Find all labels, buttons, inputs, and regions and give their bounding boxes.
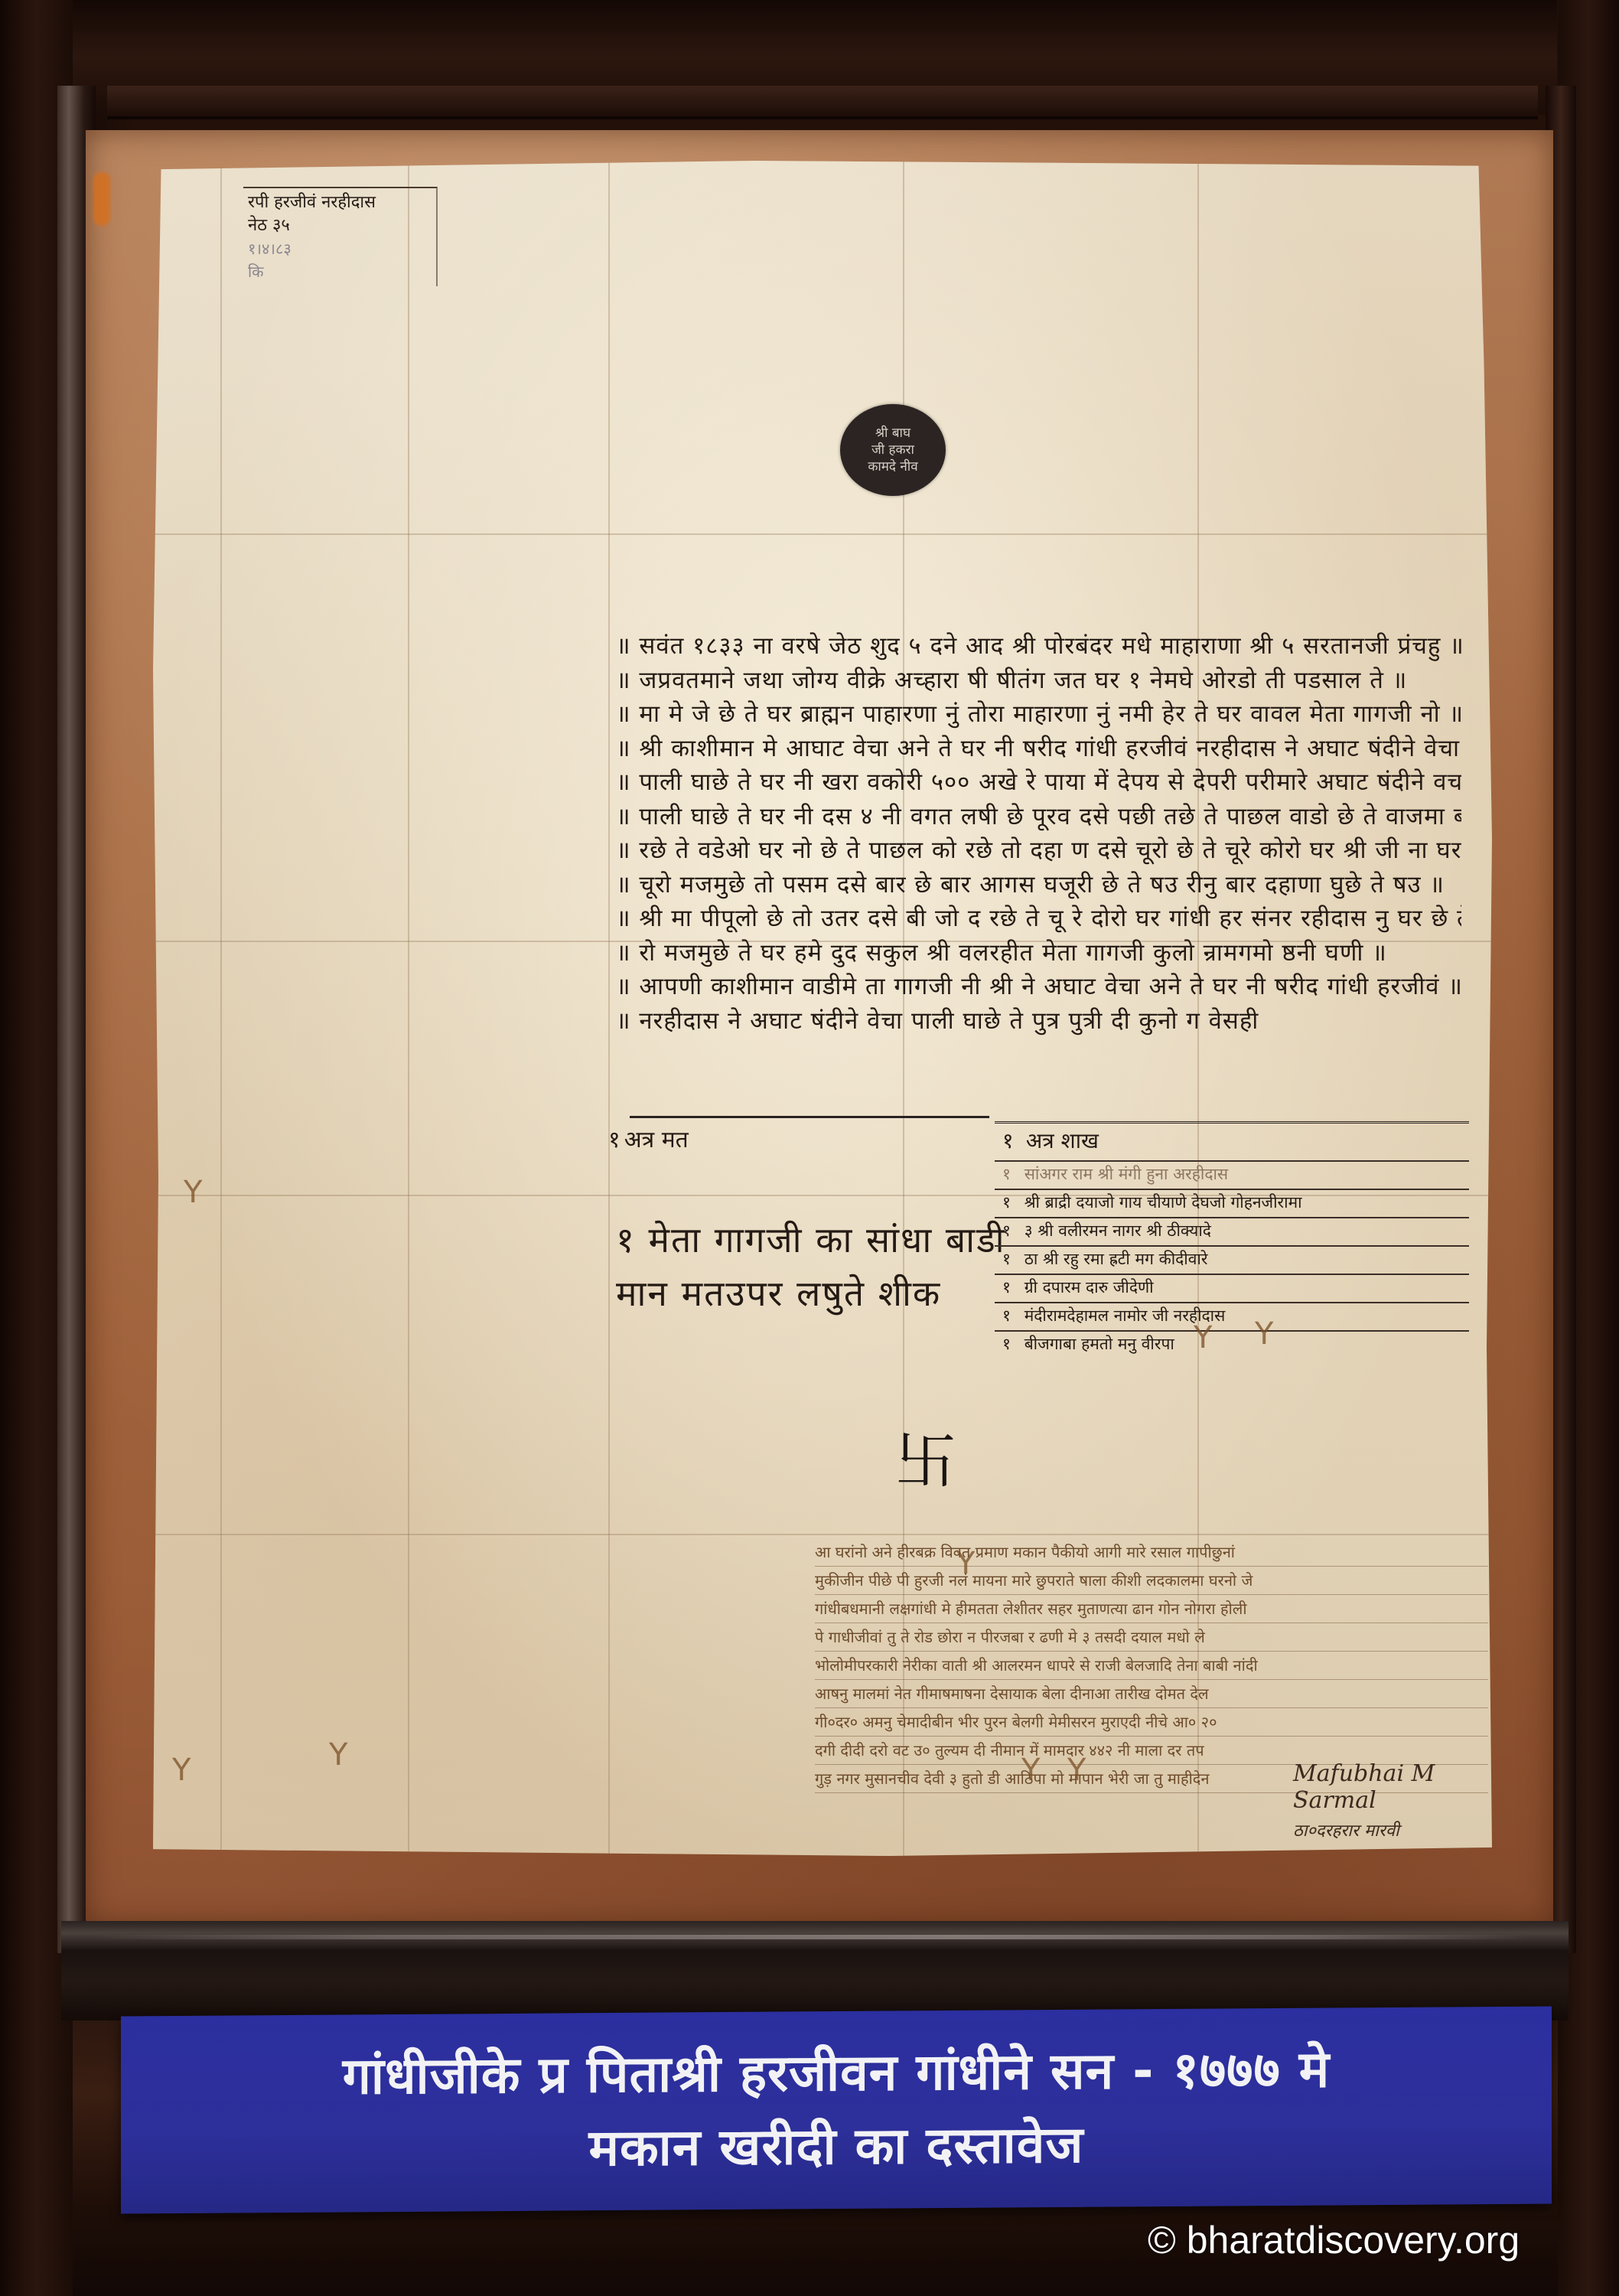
witness-header-left: १ अत्र मत [608, 1116, 991, 1154]
body-line: ॥ पाली घाछे ते घर नी खरा वकोरी ५०० अखे र… [616, 765, 1461, 800]
corner-note-line1: रपी हरजीवं नरहीदास [248, 191, 432, 214]
seal-line1: श्री बाघ [875, 425, 910, 442]
witness-row-text: बीजगाबा हमतो मनु वीरपा [1024, 1335, 1174, 1353]
witness-row-text: श्री ब्राद्री दयाजो गाय चीयाणे देघजो गोह… [1024, 1193, 1302, 1212]
body-line: ॥ चूरो मजमुछे तो पसम दसे बार छे बार आगस … [616, 868, 1461, 902]
witness-row-number: १ [1002, 1162, 1019, 1187]
stain-mark-icon: Y [1194, 1320, 1212, 1355]
swastika-mark-icon: 卐 [891, 1427, 960, 1496]
ink-seal-stamp: श्री बाघ जी हकरा कामदे नीव [840, 404, 946, 496]
witness-label: अत्र मत [624, 1127, 689, 1153]
fold-line [220, 161, 222, 1856]
witness-row-number: १ [1002, 1190, 1019, 1215]
endorsement-line: आ घरांनो अने हीरबक्र विवत प्रमाण मकान पै… [815, 1538, 1488, 1567]
witness-list: १ अत्र शाख १ सांअगर राम श्री मंगी हुना अ… [995, 1121, 1469, 1358]
witness-row: १ मंदीरामदेहामल नामोर जी नरहीदास [995, 1302, 1469, 1330]
witness-row-text: ठा श्री रहु रमा ह्रटी मग कीदीवारे [1024, 1250, 1208, 1268]
endorsement-line: गी०दर० अमनु चेमादीबीन भीर पुरन बेलगी मेम… [815, 1708, 1488, 1737]
stain-mark-icon: Y [1067, 1753, 1086, 1788]
body-line: ॥ सवंत १८३३ ना वरषे जेठ शुद ५ दने आद श्र… [616, 629, 1461, 664]
stain-mark-icon: Y [1255, 1316, 1273, 1352]
body-line: ॥ रो मजमुछे ते घर हमे दुद सकुल श्री वलरह… [616, 936, 1461, 970]
witness-row-text: ३ श्री वलीरमन नागर श्री ठीक्यादे [1024, 1221, 1211, 1240]
corner-note-line2: नेठ ३५ [248, 214, 432, 237]
endorsement-line: गांधीबधमानी लक्षगांधी मे हीमतता लेशीतर स… [815, 1595, 1488, 1623]
caption-line1: गांधीजीके प्र पिताश्री हरजीवन गांधीने सन… [343, 2033, 1331, 2113]
witness-row: १ ठा श्री रहु रमा ह्रटी मग कीदीवारे [995, 1245, 1469, 1274]
body-line: ॥ मा मे जे छे ते घर ब्राह्मन पाहारणा नुं… [616, 697, 1461, 732]
witness-row: १ ग्री दपारम दारु जीदेणी [995, 1274, 1469, 1302]
stain-mark-icon: Y [329, 1737, 347, 1773]
endorsement-line: मुकीजीन पीछे पी हुरजी नलं मायना मारे छुप… [815, 1567, 1488, 1595]
witness-row-number: १ [1002, 1218, 1019, 1244]
pencil-note-line1: १।४।८३ [248, 237, 432, 260]
stain-mark-icon: Y [184, 1175, 202, 1210]
witness-row-number: १ [1002, 1124, 1019, 1159]
witness-row: १ अत्र शाख [995, 1121, 1469, 1160]
later-endorsement: आ घरांनो अने हीरबक्र विवत प्रमाण मकान पै… [815, 1538, 1488, 1793]
endorsement-line: आषनु मालमां नेत गीमाषमाषना देसायाक बेला … [815, 1680, 1488, 1708]
signature-devanagari: ठा०दरहरार मारवी [1293, 1818, 1492, 1841]
stain-mark-icon: Y [956, 1546, 975, 1581]
witness-row: १ ३ श्री वलीरमन नागर श्री ठीक्यादे [995, 1217, 1469, 1245]
endorsement-line: पे गाधीजीवां तु ते रोड छोरा न पीरजबा र ढ… [815, 1623, 1488, 1652]
seller-statement: १ मेता गागजी का सांधा बाडी मान मतउपर लषु… [616, 1213, 1044, 1320]
fold-line [153, 533, 1492, 535]
stain-mark-icon: Y [1021, 1753, 1040, 1788]
statement-line1: १ मेता गागजी का सांधा बाडी [616, 1213, 1044, 1267]
signature-latin: Mafubhai M Sarmal [1293, 1760, 1492, 1814]
body-line: ॥ रछे ते वडेओ घर नो छे ते पाछल को रछे तो… [616, 833, 1461, 868]
fold-line [153, 1534, 1492, 1535]
frame-bottom-glare [92, 1935, 1530, 1939]
body-line: ॥ पाली घाछे ते घर नी दस ४ नी वगत लषी छे … [616, 800, 1461, 834]
witness-row-text: अत्र शाख [1026, 1128, 1099, 1153]
witness-row-number: १ [1002, 1303, 1019, 1329]
body-line: ॥ जप्रवतमाने जथा जोग्य वीक्रे अच्हारा षी… [616, 664, 1461, 698]
deed-body-text: ॥ सवंत १८३३ ना वरषे जेठ शुद ५ दने आद श्र… [616, 629, 1461, 1038]
witness-row: १ सांअगर राम श्री मंगी हुना अरहीदास [995, 1160, 1469, 1189]
statement-line2: मान मतउपर लषुते शीक [616, 1267, 1044, 1320]
pencil-note-line2: कि [248, 260, 432, 283]
witness-row-number: १ [1002, 1247, 1019, 1272]
caption-plaque: गांधीजीके प्र पिताश्री हरजीवन गांधीने सन… [121, 2006, 1552, 2213]
witness-number: १ [608, 1127, 621, 1153]
corner-annotation: रपी हरजीवं नरहीदास नेठ ३५ १।४।८३ कि [243, 187, 438, 286]
endorsement-line: भोलोमीपरकारी नेरीका वाती श्री आलरमन धापर… [815, 1652, 1488, 1680]
copyright-watermark: © bharatdiscovery.org [1148, 2218, 1591, 2262]
witness-row-number: १ [1002, 1275, 1019, 1300]
witness-row-text: ग्री दपारम दारु जीदेणी [1024, 1278, 1154, 1296]
witness-row: १ बीजगाबा हमतो मनु वीरपा [995, 1330, 1469, 1358]
fold-line [608, 161, 610, 1856]
witness-row: १ श्री ब्राद्री दयाजो गाय चीयाणे देघजो ग… [995, 1189, 1469, 1217]
double-rule [630, 1116, 989, 1118]
body-line: ॥ श्री काशीमान मे आघाट वेचा अने ते घर नी… [616, 732, 1461, 766]
caption-line2: मकान खरीदी का दस्तावेज [589, 2108, 1084, 2186]
witness-row-number: १ [1002, 1332, 1019, 1357]
frame-top-moulding [107, 86, 1538, 119]
body-line: ॥ श्री मा पीपूलो छे तो उतर दसे बी जो द र… [616, 902, 1461, 936]
seal-line3: कामदे नीव [868, 458, 917, 475]
body-line: ॥ नरहीदास ने अघाट षंदीने वेचा पाली घाछे … [616, 1004, 1461, 1039]
body-line: ॥ आपणी काशीमान वाडीमे ता गागजी नी श्री न… [616, 970, 1461, 1004]
endorsement-signature: Mafubhai M Sarmal ठा०दरहरार मारवी [1293, 1760, 1492, 1841]
mat-stain [93, 172, 110, 226]
seal-line2: जी हकरा [871, 442, 914, 458]
stain-mark-icon: Y [172, 1753, 191, 1788]
witness-row-text: सांअगर राम श्री मंगी हुना अरहीदास [1024, 1165, 1228, 1183]
fold-line [408, 161, 409, 1856]
